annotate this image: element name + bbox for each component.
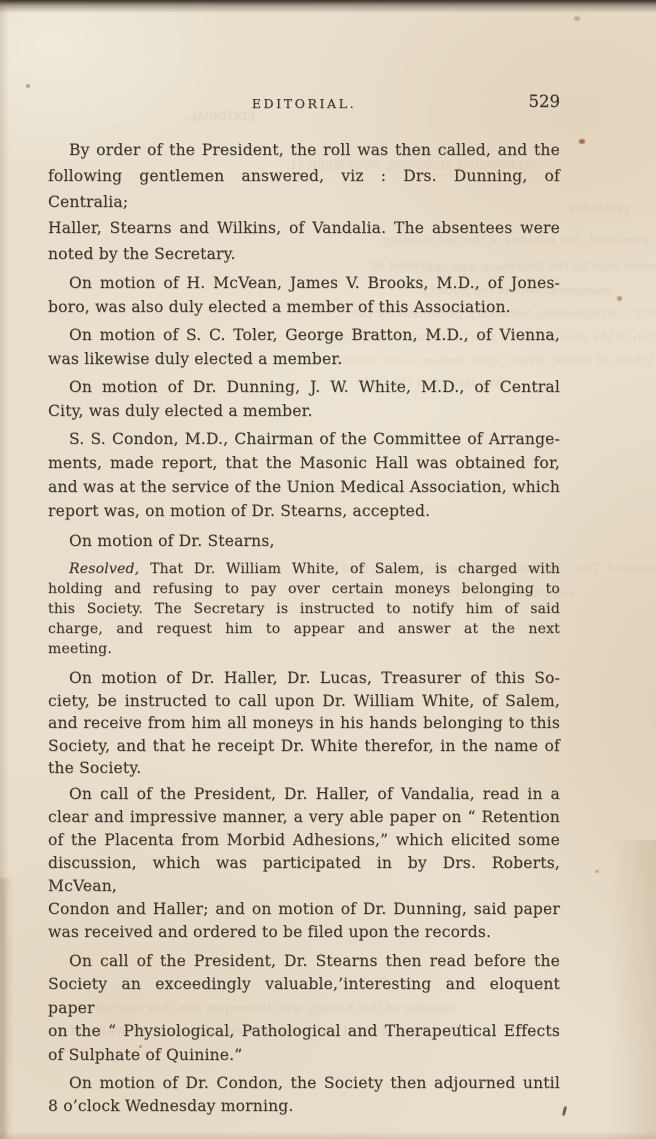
paper-speck (595, 870, 599, 873)
text-line: Condon and Haller; and on motion of Dr. … (48, 898, 560, 921)
text-line: Haller, Stearns and Wilkins, of Vandalia… (48, 215, 560, 241)
text-line: Society, and that he receipt Dr. White t… (48, 735, 560, 758)
paper-speck (617, 296, 622, 301)
text-line: discussion, which was participated in by… (48, 852, 560, 898)
text-line: S. S. Condon, M.D., Chairman of the Comm… (48, 427, 560, 451)
text-line: the Society. (48, 757, 560, 780)
paragraph-roll-call: By order of the President, the roll was … (48, 137, 560, 267)
text-line: By order of the President, the roll was … (48, 137, 560, 163)
paper-speck (574, 16, 580, 21)
paragraph-haller-paper: On call of the President, Dr. Haller, of… (48, 783, 560, 944)
running-head: EDITORIAL. 529 (48, 96, 560, 118)
text-line: noted by the Secretary. (48, 241, 560, 267)
text-line: On motion of Dr. Haller, Dr. Lucas, Trea… (48, 667, 560, 690)
text-line: On motion of Dr. Condon, the Society the… (48, 1072, 560, 1095)
text-line: following gentlemen answered, viz : Drs.… (48, 163, 560, 215)
paragraph-stearns-motion: On motion of Dr. Stearns, (48, 529, 560, 553)
text-line: ments, made report, that the Masonic Hal… (48, 451, 560, 475)
page-bottom-edge-shade (0, 1131, 656, 1139)
text-line: On call of the President, Dr. Haller, of… (48, 783, 560, 806)
paragraph-bratton-elected: On motion of S. C. Toler, George Bratton… (48, 323, 560, 371)
page-number: 529 (529, 92, 561, 111)
paper-speck (479, 1080, 482, 1083)
paragraph-brooks-elected: On motion of H. McVean, James V. Brooks,… (48, 271, 560, 319)
paper-speck (26, 84, 30, 88)
text-line-rest: That Dr. William White, of Salem, is cha… (150, 561, 560, 577)
text-line: report was, on motion of Dr. Stearns, ac… (48, 499, 560, 523)
text-line: of Sulphate of Quinine.” (48, 1044, 560, 1068)
text-line: was received and ordered to be filed upo… (48, 921, 560, 944)
paragraph-adjournment: On motion of Dr. Condon, the Society the… (48, 1072, 560, 1117)
paper-speck (562, 1106, 567, 1116)
text-line: On motion of Dr. Stearns, (48, 529, 560, 553)
text-line: of the Placenta from Morbid Adhesions,” … (48, 829, 560, 852)
text-line: On motion of S. C. Toler, George Bratton… (48, 323, 560, 347)
text-line: meeting. (48, 639, 560, 659)
page-top-edge-shadow (0, 0, 656, 13)
paper-speck (139, 1045, 142, 1048)
text-line: and receive from him all moneys in his h… (48, 712, 560, 735)
text-line: boro, was also duly elected a member of … (48, 295, 560, 319)
bleedthrough-text: yesterday. (566, 200, 630, 215)
paper-speck (459, 1024, 461, 1028)
text-line: on the “ Physiological, Pathological and… (48, 1020, 560, 1044)
text-line: 8 o’clock Wednesday morning. (48, 1095, 560, 1118)
page-gutter-shadow (0, 878, 14, 1139)
paragraph-stearns-paper: On call of the President, Dr. Stearns th… (48, 950, 560, 1068)
text-line: ciety, be instructed to call upon Dr. Wi… (48, 690, 560, 713)
text-line: City, was duly elected a member. (48, 399, 560, 423)
text-line: Resolved, That Dr. William White, of Sal… (48, 559, 560, 579)
text-line: On motion of Dr. Dunning, J. W. White, M… (48, 375, 560, 399)
text-line: clear and impressive manner, a very able… (48, 806, 560, 829)
text-line: On call of the President, Dr. Stearns th… (48, 950, 560, 974)
text-line: Society an exceedingly valuable,’interes… (48, 973, 560, 1020)
scanned-book-page: EDITORIAL. WEDNESDAY MORNING, NOVEMBER 1… (0, 0, 656, 1139)
paragraph-resolution: Resolved, That Dr. William White, of Sal… (48, 559, 560, 659)
page-right-edge-shade (610, 840, 656, 1139)
paragraph-white-elected: On motion of Dr. Dunning, J. W. White, M… (48, 375, 560, 423)
paragraph-condon-report: S. S. Condon, M.D., Chairman of the Comm… (48, 427, 560, 523)
text-block: By order of the President, the roll was … (48, 137, 560, 1117)
text-line: holding and refusing to pay over certain… (48, 579, 560, 599)
resolved-word-italic: Resolved, (69, 561, 139, 577)
text-line: On motion of H. McVean, James V. Brooks,… (48, 271, 560, 295)
paragraph-haller-motion: On motion of Dr. Haller, Dr. Lucas, Trea… (48, 667, 560, 780)
text-line: charge, and request him to appear and an… (48, 619, 560, 639)
text-line: and was at the service of the Union Medi… (48, 475, 560, 499)
text-line: this Society. The Secretary is instructe… (48, 599, 560, 619)
paper-speck (579, 139, 585, 144)
running-head-title: EDITORIAL. (252, 96, 356, 111)
text-line: was likewise duly elected a member. (48, 347, 560, 371)
